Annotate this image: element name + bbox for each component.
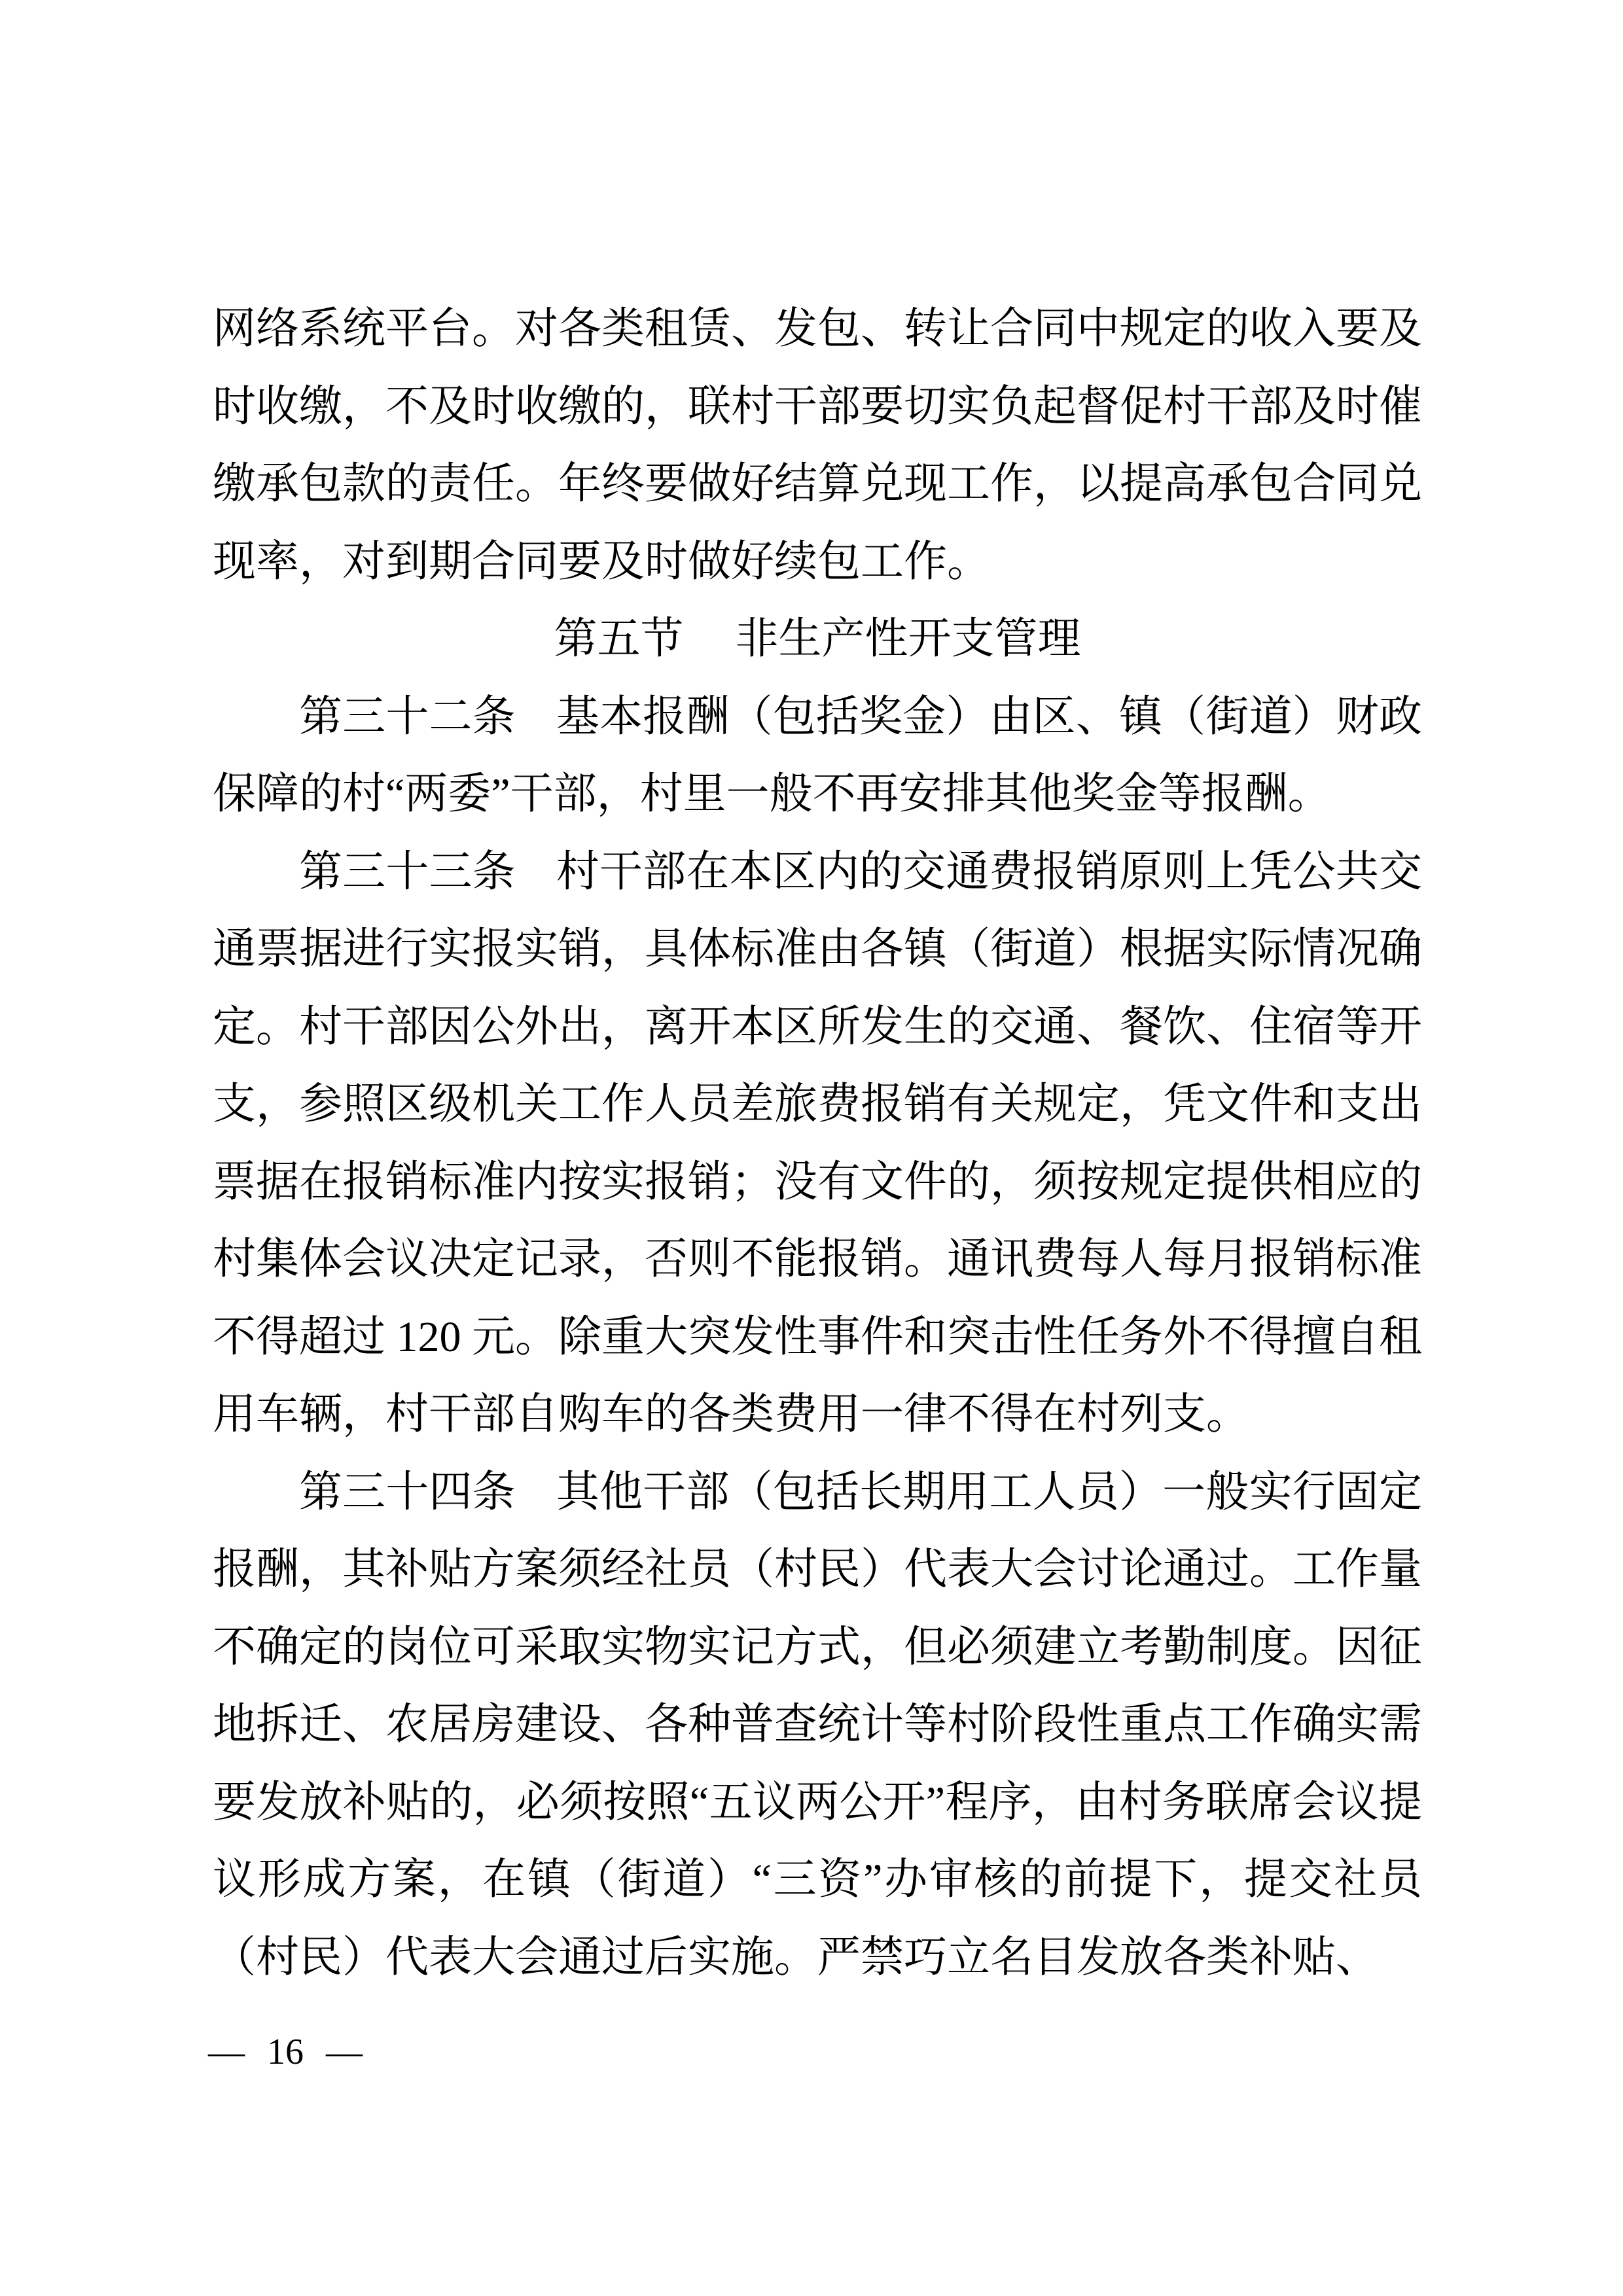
article-32-label: 第三十二条 (299, 693, 516, 741)
body-text: 网络系统平台。对各类租赁、发包、转让合同中规定的收入要及时收缴，不及时收缴的，联… (213, 291, 1422, 1996)
page-number: 16 (267, 2032, 304, 2072)
article-33-label: 第三十三条 (299, 848, 516, 896)
paragraph-continuation-text: 网络系统平台。对各类租赁、发包、转让合同中规定的收入要及时收缴，不及时收缴的，联… (213, 305, 1422, 586)
page-footer: —16— (208, 2028, 363, 2075)
article-34-text: 其他干部（包括长期用工人员）一般实行固定报酬，其补贴方案须经社员（村民）代表大会… (213, 1468, 1422, 1981)
section-heading: 第五节非生产性开支管理 (213, 601, 1422, 679)
footer-dash-right: — (326, 2032, 363, 2072)
paragraph-continuation: 网络系统平台。对各类租赁、发包、转让合同中规定的收入要及时收缴，不及时收缴的，联… (213, 291, 1422, 601)
footer-dash-left: — (208, 2032, 245, 2072)
article-34-paragraph: 第三十四条其他干部（包括长期用工人员）一般实行固定报酬，其补贴方案须经社员（村民… (213, 1454, 1422, 1997)
section-heading-title: 非生产性开支管理 (736, 615, 1081, 663)
article-33-text: 村干部在本区内的交通费报销原则上凭公共交通票据进行实报实销，具体标准由各镇（街道… (213, 848, 1422, 1439)
article-34-label: 第三十四条 (299, 1468, 516, 1516)
document-page: 网络系统平台。对各类租赁、发包、转让合同中规定的收入要及时收缴，不及时收缴的，联… (0, 0, 1623, 2296)
article-32-paragraph: 第三十二条基本报酬（包括奖金）由区、镇（街道）财政保障的村“两委”干部，村里一般… (213, 679, 1422, 834)
article-33-paragraph: 第三十三条村干部在本区内的交通费报销原则上凭公共交通票据进行实报实销，具体标准由… (213, 834, 1422, 1454)
section-heading-label: 第五节 (554, 615, 684, 663)
